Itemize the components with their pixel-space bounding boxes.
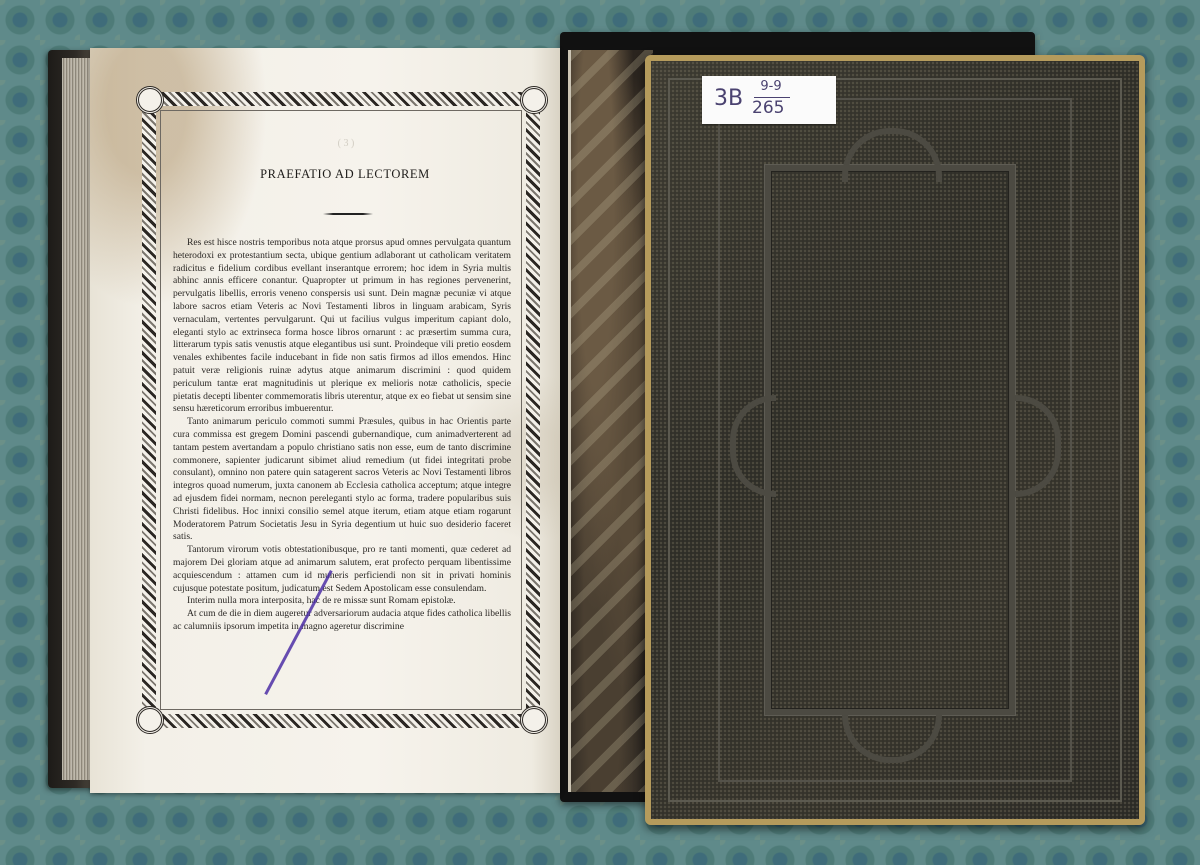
border-corner-ornament-icon bbox=[520, 86, 548, 114]
border-corner-ornament-icon bbox=[520, 706, 548, 734]
call-number-numerator: 9-9 bbox=[756, 79, 786, 94]
preface-body-text: Res est hisce nostris temporibus nota at… bbox=[173, 237, 511, 634]
paragraph: Interim nulla mora interposita, hac de r… bbox=[173, 595, 511, 608]
border-corner-ornament-icon bbox=[136, 706, 164, 734]
call-number-denominator: 265 bbox=[752, 98, 784, 118]
page-number: ( 3 ) bbox=[316, 138, 376, 149]
border-corner-ornament-icon bbox=[136, 86, 164, 114]
library-call-number-label: 3B 9-9 265 bbox=[702, 76, 836, 124]
title-divider-rule bbox=[323, 213, 373, 215]
paragraph: Tanto animarum periculo commoti summi Pr… bbox=[173, 416, 511, 544]
call-number-prefix: 3B bbox=[714, 86, 743, 111]
paragraph: At cum de die in diem augeretur adversar… bbox=[173, 608, 511, 634]
page-title: PRAEFATIO AD LECTOREM bbox=[175, 167, 515, 182]
paragraph: Tantorum virorum votis obtestationibusqu… bbox=[173, 544, 511, 595]
paragraph: Res est hisce nostris temporibus nota at… bbox=[173, 237, 511, 416]
cover-central-panel bbox=[765, 165, 1015, 715]
marbled-endpaper bbox=[568, 50, 653, 792]
